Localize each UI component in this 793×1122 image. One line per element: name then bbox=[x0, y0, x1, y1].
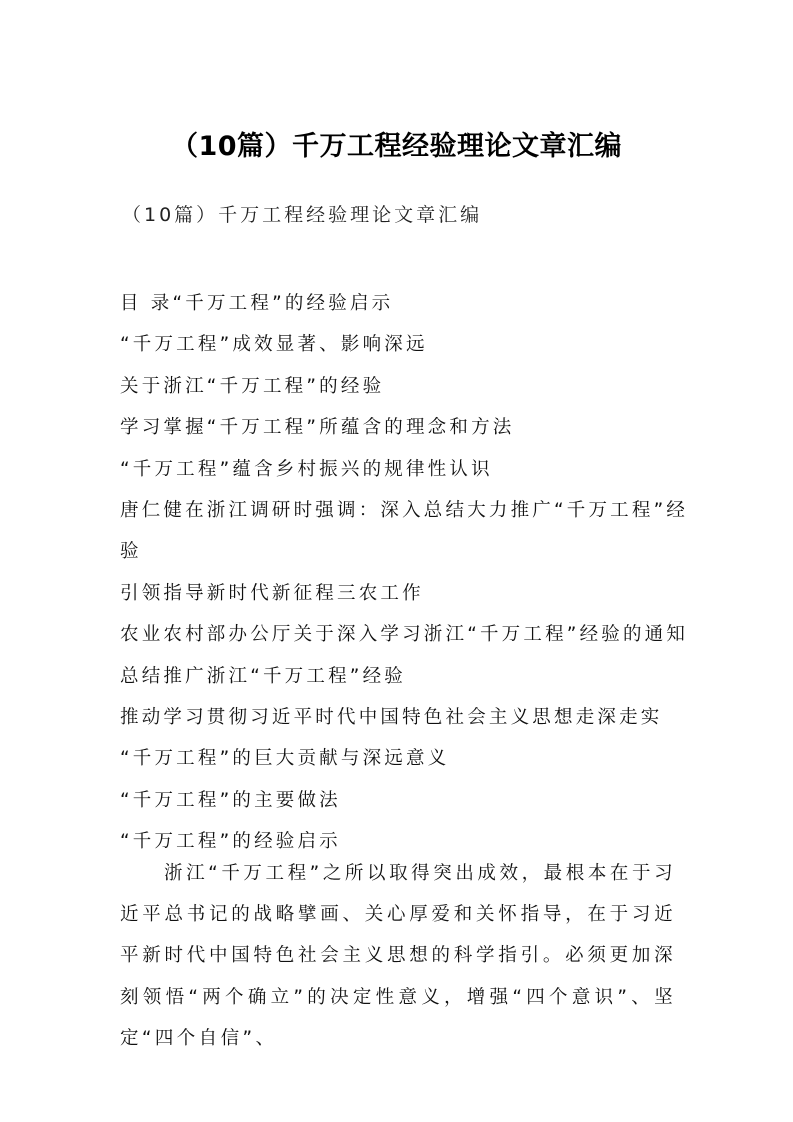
document-subtitle: （10篇）千万工程经验理论文章汇编 bbox=[122, 200, 482, 227]
toc-item: 验 bbox=[120, 531, 680, 572]
toc-item: “千万工程”成效显著、影响深远 bbox=[120, 324, 680, 365]
toc-item: 总结推广浙江“千万工程”经验 bbox=[120, 656, 680, 697]
toc-item: 关于浙江“千万工程”的经验 bbox=[120, 366, 680, 407]
body-paragraph: 浙江“千万工程”之所以取得突出成效，最根本在于习近平总书记的战略擘画、关心厚爱和… bbox=[120, 853, 676, 1059]
toc-item: “千万工程”蕴含乡村振兴的规律性认识 bbox=[120, 449, 680, 490]
toc-item: “千万工程”的巨大贡献与深远意义 bbox=[120, 738, 680, 779]
toc-item: “千万工程”的主要做法 bbox=[120, 780, 680, 821]
document-page: （10篇）千万工程经验理论文章汇编 （10篇）千万工程经验理论文章汇编 目 录“… bbox=[0, 0, 793, 1122]
toc-item: 引领指导新时代新征程三农工作 bbox=[120, 573, 680, 614]
table-of-contents: 目 录“千万工程”的经验启示 “千万工程”成效显著、影响深远 关于浙江“千万工程… bbox=[120, 283, 680, 862]
toc-item: 学习掌握“千万工程”所蕴含的理念和方法 bbox=[120, 407, 680, 448]
toc-item: 农业农村部办公厅关于深入学习浙江“千万工程”经验的通知 bbox=[120, 614, 680, 655]
toc-item: 唐仁健在浙江调研时强调：深入总结大力推广“千万工程”经 bbox=[120, 490, 680, 531]
toc-item: 目 录“千万工程”的经验启示 bbox=[120, 283, 680, 324]
document-title: （10篇）千万工程经验理论文章汇编 bbox=[0, 124, 793, 163]
toc-item: 推动学习贯彻习近平时代中国特色社会主义思想走深走实 bbox=[120, 697, 680, 738]
